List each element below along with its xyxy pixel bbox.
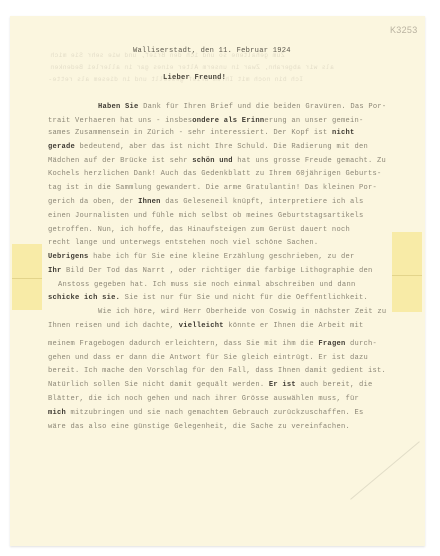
- letter-line: gehen und dass er dann die Antwort für S…: [48, 354, 368, 362]
- bleed-through-line: als wir abgerahn, Zwar in unserm Alter e…: [50, 64, 334, 71]
- letter-line: mich mitzubringen und sie nach gemachtem…: [48, 409, 364, 417]
- letter-line: sames Zusammensein in Zürich - sehr inte…: [48, 129, 354, 137]
- letter-line: trait Verhaeren hat uns - insbesondere a…: [48, 117, 364, 125]
- letter-line: Uebrigens habe ich für Sie eine kleine E…: [48, 253, 354, 261]
- dark-strike-text: Ihnen: [138, 198, 161, 206]
- dark-strike-text: mich: [48, 409, 66, 417]
- letter-line: meinem Fragebogen dadurch erleichtern, d…: [48, 340, 377, 348]
- dark-strike-text: vielleicht: [179, 322, 224, 330]
- letter-line: Wie ich höre, wird Herr Oberheide von Co…: [98, 308, 386, 316]
- dark-strike-text: Er ist: [269, 381, 296, 389]
- dark-strike-text: ondere als Erinn: [192, 117, 264, 125]
- place-date: Walliserstadt, den 11. Februar 1924: [133, 47, 291, 55]
- letter-line: Anstoss gegeben hat. Ich muss sie noch e…: [58, 281, 355, 289]
- dark-strike-text: Haben Sie: [98, 103, 139, 111]
- letter-line: bereit. Ich mache den Vorschlag für den …: [48, 367, 386, 375]
- letter-line: Kochels herzlichen Dank! Auch das Gedenk…: [48, 170, 382, 178]
- letter-line: Blätter, die ich noch gehen und nach ihr…: [48, 395, 359, 403]
- letter-line: einen Journalisten und fühle mich selbst…: [48, 212, 364, 220]
- dark-strike-text: Uebrigens: [48, 253, 89, 261]
- dark-strike-text: schicke ich sie.: [48, 294, 120, 302]
- letter-line: Natürlich sollen Sie nicht damit gequält…: [48, 381, 373, 389]
- letter-line: gerade bedeutend, aber das ist nicht Ihr…: [48, 143, 368, 151]
- tape-left: [12, 244, 42, 310]
- archive-number: K3253: [390, 25, 418, 35]
- letter-line: Haben Sie Dank für Ihren Brief und die b…: [98, 103, 386, 111]
- dark-strike-text: schön und: [192, 157, 233, 165]
- tape-right: [392, 232, 422, 312]
- dark-strike-text: nicht: [332, 129, 355, 137]
- letter-line: Mädchen auf der Brücke ist sehr schön un…: [48, 157, 386, 165]
- letter-line: getroffen. Nun, ich hoffe, das Hinaufste…: [48, 226, 350, 234]
- letter-line: Ihr Bild Der Tod das Narrt , oder richti…: [48, 267, 373, 275]
- letter-line: gerich da oben, der Ihnen das Geleseneil…: [48, 198, 364, 206]
- dark-strike-text: Ihr: [48, 267, 62, 275]
- dark-strike-text: gerade: [48, 143, 75, 151]
- letter-line: Ihnen reisen und ich dachte, vielleicht …: [48, 322, 364, 330]
- letter-line: schicke ich sie. Sie ist nur für Sie und…: [48, 294, 368, 302]
- letter-line: wäre das also eine günstige Gelegenheit,…: [48, 423, 350, 431]
- letter-line: recht lange und unterwegs entstehen noch…: [48, 239, 318, 247]
- salutation: Lieber Freund!: [163, 74, 226, 82]
- dark-strike-text: Fragen: [318, 340, 345, 348]
- letter-line: tag ist in die Sammlung gewandert. Die a…: [48, 184, 377, 192]
